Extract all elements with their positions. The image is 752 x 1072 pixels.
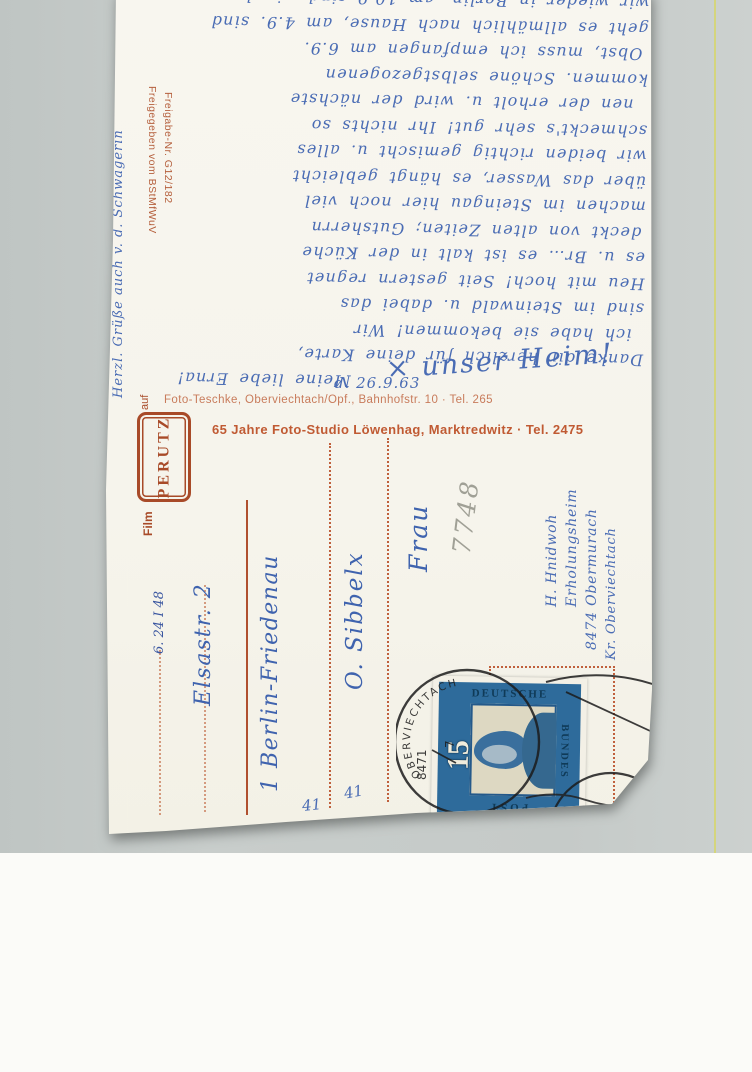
address-line-solid [246, 500, 248, 815]
postmark-ring [396, 670, 539, 814]
postcard-back: Meine liebe Erna!Danke dir herzlich für … [106, 0, 652, 836]
perutz-logo-box: PERUTZ [137, 412, 191, 502]
address-line-dotted-1 [329, 443, 331, 808]
postmark-bar-1 [432, 750, 456, 763]
release-imprint-line2: Freigabe-Nr. G12/182 [162, 92, 174, 204]
postmark-cancel: OBERVIECHTACH 8471 7 [396, 630, 676, 845]
postmark-slash [566, 692, 674, 742]
studio-imprint-line1: Foto-Teschke, Oberviechtach/Opf., Bahnho… [164, 394, 493, 406]
perutz-film-label: Film [141, 511, 155, 536]
postmark-town: OBERVIECHTACH [396, 669, 491, 783]
address-name: O. Sibbelx [342, 551, 368, 690]
district-note-2: 41 [301, 795, 322, 815]
scan-background: Meine liebe Erna!Danke dir herzlich für … [0, 0, 752, 1072]
address-line-dotted-2 [387, 438, 389, 802]
address-street: Elsastr. 2 [191, 582, 216, 706]
release-imprint-line1: Freigegeben vom BStMfWuV [146, 86, 158, 234]
address-city: 1 Berlin-Friedenau [258, 554, 283, 792]
studio-imprint-line2: 65 Jahre Foto-Studio Löwenhag, Marktredw… [212, 422, 583, 437]
postmark-arc-top [546, 675, 664, 688]
sender-town: 8474 Obermurach [584, 508, 600, 650]
address-line-dotted-4 [159, 650, 161, 815]
postcard-shadow: Meine liebe Erna!Danke dir herzlich für … [0, 0, 752, 1072]
postmark-day: 7 [443, 740, 457, 748]
postmark-wave-1 [526, 794, 646, 806]
postmark-wave-2 [534, 808, 650, 820]
district-note-1: 41 [343, 781, 365, 802]
postmark-plz: 8471 [415, 749, 429, 780]
sender-institution: Erholungsheim [564, 489, 580, 607]
postmark-ring-2 [549, 773, 673, 845]
pencil-sorting-note: 7748 [447, 477, 485, 556]
address-extra-note: 6. 24 I 48 [152, 591, 167, 654]
message-block: Meine liebe Erna!Danke dir herzlich für … [110, 0, 649, 399]
margin-note: Herzl. Grüße auch v. d. Schwägerin [111, 129, 126, 398]
perutz-brand-label: PERUTZ [155, 416, 173, 499]
address-salutation: Frau [404, 504, 433, 572]
sender-name: H. Hnidwoh [544, 514, 560, 607]
perutz-auf-label: auf [139, 395, 151, 410]
